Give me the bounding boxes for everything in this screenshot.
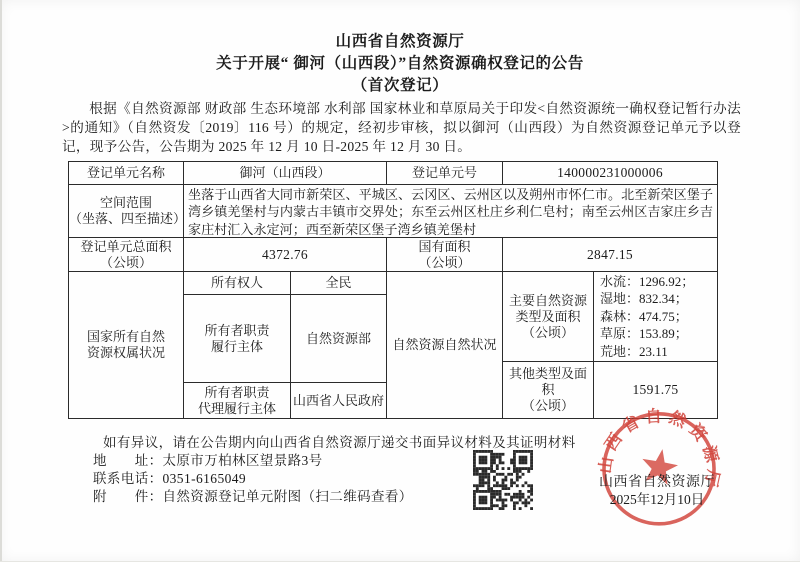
total-area-value-cell: 4372.76 [184, 238, 386, 271]
total-area-label-line2: （公顷） [100, 255, 152, 271]
objection-note: 如有异议，请在公告期内向山西省自然资源厅递交书面异议材料及其证明材料 [103, 431, 576, 451]
state-area-value-cell: 2847.15 [503, 238, 717, 271]
unit-number-value-cell: 140000231000006 [503, 162, 717, 184]
other-types-label-line2: （公顷） [522, 398, 574, 414]
owner-label-cell: 所有权人 [184, 272, 290, 294]
scope-label-cell: 空间范围 （坐落、四至描述） [69, 185, 183, 237]
duty-holder-value-cell: 自然资源部 [291, 295, 386, 382]
state-area-label-cell: 国有面积 （公顷） [387, 238, 502, 271]
resource-grassland: 草原：153.89； [600, 325, 688, 343]
main-types-label-line3: （公顷） [522, 325, 574, 341]
resource-forest: 森林：474.75； [600, 308, 688, 326]
scope-value-cell: 坐落于山西省大同市新荣区、平城区、云冈区、云州区以及朔州市怀仁市。北至新荣区堡子… [184, 185, 717, 237]
total-area-label-cell: 登记单元总面积 （公顷） [69, 238, 183, 271]
phone-line: 联系电话：0351-6165049 [93, 467, 246, 487]
duty-holder-label-cell: 所有者职责 履行主体 [184, 295, 290, 382]
unit-number-label-cell: 登记单元号 [387, 162, 502, 184]
main-types-label-line1: 主要自然资源 [509, 293, 587, 309]
state-area-label-line2: （公顷） [418, 255, 470, 271]
announcement-subtitle: （首次登记） [0, 73, 800, 95]
duty-label-line1: 所有者职责 [204, 323, 269, 339]
owner-value-cell: 全民 [291, 272, 386, 294]
ownership-section-label-cell: 国家所有自然 资源权属状况 [69, 272, 183, 418]
main-types-label-line2: 类型及面积 [515, 309, 580, 325]
org-title: 山西省自然资源厅 [0, 29, 800, 51]
ownership-label-line2: 资源权属状况 [87, 345, 165, 361]
announcement-title: 关于开展“ 御河（山西段）”自然资源确权登记的公告 [0, 51, 800, 73]
seal-ring [595, 405, 722, 532]
announcement-page: 山西省自然资源厅 关于开展“ 御河（山西段）”自然资源确权登记的公告 （首次登记… [0, 0, 800, 562]
other-types-label-line1: 其他类型及面积 [503, 366, 593, 398]
address-line: 地 址：太原市万柏林区望景路3号 [93, 449, 323, 469]
state-area-label-line1: 国有面积 [418, 239, 470, 255]
scope-label-line2: （坐落、四至描述） [69, 211, 183, 227]
resource-water: 水流：1296.92； [600, 273, 694, 291]
agent-label-line2: 代理履行主体 [198, 401, 276, 417]
attachment-line: 附 件：自然资源登记单元附图（扫二维码查看） [93, 485, 413, 505]
other-types-value-cell: 1591.75 [594, 362, 717, 418]
unit-name-label-cell: 登记单元名称 [69, 162, 183, 184]
other-types-label-cell: 其他类型及面积 （公顷） [503, 362, 593, 418]
nature-status-label-cell: 自然资源自然状况 [387, 272, 502, 418]
resource-wetland: 湿地：832.34； [600, 290, 688, 308]
duty-label-line2: 履行主体 [211, 339, 263, 355]
signature-date: 2025年12月10日 [601, 488, 713, 508]
unit-name-value-cell: 御河（山西段） [184, 162, 386, 184]
resource-wasteland: 荒地：23.11 [600, 343, 668, 361]
body-paragraph: 根据《自然资源部 财政部 生态环境部 水利部 国家林业和草原局关于印发<自然资源… [62, 99, 741, 156]
qr-code [473, 450, 533, 510]
ownership-label-line1: 国家所有自然 [87, 329, 165, 345]
agent-label-line1: 所有者职责 [204, 385, 269, 401]
main-types-values-cell: 水流：1296.92； 湿地：832.34； 森林：474.75； 草原：153… [594, 272, 717, 361]
main-types-label-cell: 主要自然资源 类型及面积 （公顷） [503, 272, 593, 361]
agent-label-cell: 所有者职责 代理履行主体 [184, 383, 290, 418]
total-area-label-line1: 登记单元总面积 [80, 239, 171, 255]
scope-label-line1: 空间范围 [100, 195, 152, 211]
registration-table: 登记单元名称 御河（山西段） 登记单元号 140000231000006 空间范… [68, 161, 718, 419]
agent-value-cell: 山西省人民政府 [291, 383, 386, 418]
